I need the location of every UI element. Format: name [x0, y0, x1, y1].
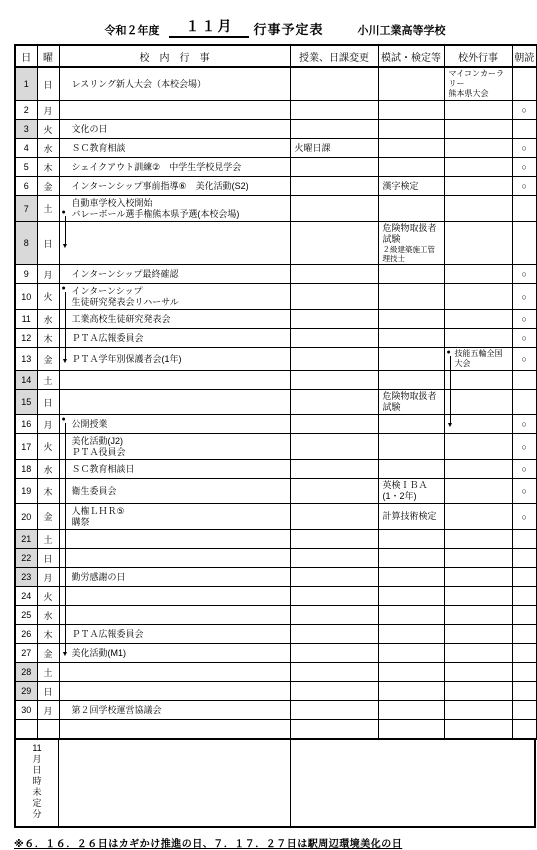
class-change-cell — [290, 460, 378, 479]
school-events-cell — [59, 549, 290, 568]
outside-events-text — [445, 318, 512, 320]
school-events-text: 工業高校生徒研究発表会 — [60, 313, 290, 326]
undecided-right-area — [291, 740, 534, 826]
title-month: １１月 — [169, 16, 249, 38]
exam-text — [379, 273, 444, 275]
day-number: 13 — [15, 348, 37, 371]
class-change-cell — [290, 222, 378, 265]
exam-text — [379, 690, 444, 692]
weekday: 木 — [37, 329, 59, 348]
exam-cell — [378, 701, 444, 720]
exam-text — [379, 468, 444, 470]
day-row-22: 22 日 — [15, 549, 537, 568]
exam-text: 英検ＩＢＡ(1・2年) — [379, 479, 444, 503]
morning-reading-cell — [512, 587, 537, 606]
weekday: 月 — [37, 415, 59, 434]
school-events-text — [60, 671, 290, 673]
outside-events-cell — [444, 265, 512, 284]
day-number: 23 — [15, 568, 37, 587]
outside-events-cell — [444, 701, 512, 720]
class-change-text — [291, 557, 378, 559]
exam-text — [379, 709, 444, 711]
class-change-cell — [290, 348, 378, 371]
outside-events-text — [445, 337, 512, 339]
school-events-text — [60, 401, 290, 403]
morning-reading-cell: ○ — [512, 504, 537, 530]
morning-reading-cell — [512, 701, 537, 720]
class-change-text — [291, 337, 378, 339]
weekday: 木 — [37, 158, 59, 177]
class-change-cell — [290, 644, 378, 663]
exam-text — [379, 128, 444, 130]
exam-text — [379, 576, 444, 578]
exam-text — [379, 83, 444, 85]
event-span-marker: ● — [62, 415, 71, 433]
outside-events-cell — [444, 479, 512, 504]
exam-cell — [378, 625, 444, 644]
exam-cell — [378, 530, 444, 549]
outside-events-cell — [444, 139, 512, 158]
exam-text — [379, 208, 444, 210]
morning-reading-cell — [512, 644, 537, 663]
class-change-text — [291, 273, 378, 275]
school-events-cell: 美化活動(J2)ＰＴＡ役員会 — [59, 434, 290, 460]
class-change-cell — [290, 390, 378, 415]
title-doc: 行事予定表 — [253, 19, 323, 38]
class-change-cell — [290, 663, 378, 682]
exam-text — [379, 358, 444, 360]
day-number: 4 — [15, 139, 37, 158]
class-change-cell — [290, 196, 378, 222]
header-exams: 模試・検定等 — [378, 45, 444, 67]
day-number: 18 — [15, 460, 37, 479]
outside-events-text — [445, 709, 512, 711]
school-events-cell: ＳＣ教育相談日 — [59, 460, 290, 479]
weekday: 木 — [37, 625, 59, 644]
day-number: 3 — [15, 120, 37, 139]
day-number: 26 — [15, 625, 37, 644]
event-span-marker: ▼ — [62, 644, 71, 662]
day-number: 17 — [15, 434, 37, 460]
exam-cell — [378, 265, 444, 284]
class-change-text — [291, 671, 378, 673]
class-change-text — [291, 595, 378, 597]
school-events-cell: ●自動車学校入校開始バレーボール選手権熊本県予選(本校会場) — [59, 196, 290, 222]
weekday: 木 — [37, 479, 59, 504]
day-number: 14 — [15, 371, 37, 390]
morning-reading-cell: ○ — [512, 415, 537, 434]
day-row-7: 7 土 ●自動車学校入校開始バレーボール選手権熊本県予選(本校会場) — [15, 196, 537, 222]
outside-events-text — [445, 208, 512, 210]
school-events-cell: ▼ＰＴＡ学年別保護者会(1年) — [59, 348, 290, 371]
class-change-text — [291, 576, 378, 578]
event-span-marker: ▼ — [62, 222, 71, 264]
exam-cell — [378, 682, 444, 701]
day-number: 20 — [15, 504, 37, 530]
event-span-marker — [62, 310, 71, 328]
day-number: 12 — [15, 329, 37, 348]
exam-cell: 漢字検定 — [378, 177, 444, 196]
outside-events-cell: マイコンカーラリー熊本県大会 — [444, 67, 512, 101]
exam-text: 危険物取扱者試験２級建築施工管理技士 — [379, 222, 444, 264]
weekday: 月 — [37, 265, 59, 284]
school-events-text — [60, 538, 290, 540]
class-change-cell — [290, 549, 378, 568]
exam-cell — [378, 644, 444, 663]
day-row-10: 10 火 ●インターンシップ生徒研究発表会リハーサル ○ — [15, 284, 537, 310]
day-row-3: 3 火 文化の日 — [15, 120, 537, 139]
outside-events-text — [445, 671, 512, 673]
outside-events-text — [445, 538, 512, 540]
exam-cell — [378, 310, 444, 329]
outside-events-text — [445, 468, 512, 470]
morning-reading-cell: ○ — [512, 265, 537, 284]
weekday: 金 — [37, 644, 59, 663]
outside-events-text — [445, 576, 512, 578]
header-school-events: 校 内 行 事 — [59, 45, 290, 67]
weekday: 水 — [37, 460, 59, 479]
class-change-text — [291, 128, 378, 130]
class-change-cell — [290, 310, 378, 329]
day-row-4: 4 水 ＳＣ教育相談 火曜日課 ○ — [15, 139, 537, 158]
day-row-23: 23 月 勤労感謝の日 — [15, 568, 537, 587]
exam-text — [379, 337, 444, 339]
class-change-cell — [290, 568, 378, 587]
morning-reading-cell — [512, 390, 537, 415]
exam-text — [379, 296, 444, 298]
exam-cell: 計算技術検定 — [378, 504, 444, 530]
outside-events-cell — [444, 587, 512, 606]
exam-cell — [378, 196, 444, 222]
day-number: 5 — [15, 158, 37, 177]
class-change-cell — [290, 479, 378, 504]
school-events-text: インターンシップ生徒研究発表会リハーサル — [60, 285, 290, 309]
day-number: 24 — [15, 587, 37, 606]
school-events-text — [60, 595, 290, 597]
weekday: 日 — [37, 549, 59, 568]
school-events-text: ＰＴＡ学年別保護者会(1年) — [60, 353, 290, 366]
day-row-21: 21 土 — [15, 530, 537, 549]
morning-reading-cell: ○ — [512, 177, 537, 196]
header-weekday: 曜 — [37, 45, 59, 67]
day-number: 21 — [15, 530, 37, 549]
weekday: 土 — [37, 196, 59, 222]
morning-reading-cell: ○ — [512, 434, 537, 460]
day-row-24: 24 火 — [15, 587, 537, 606]
school-events-cell: 工業高校生徒研究発表会 — [59, 310, 290, 329]
outside-events-cell — [444, 568, 512, 587]
outside-events-cell — [444, 329, 512, 348]
school-events-cell: ＳＣ教育相談 — [59, 139, 290, 158]
event-span-marker — [62, 460, 71, 478]
header-class-changes: 授業、日課変更 — [290, 45, 378, 67]
day-row-16: 16 月 ●公開授業 ▼ ○ — [15, 415, 537, 434]
school-events-text: 文化の日 — [60, 123, 290, 136]
class-change-text — [291, 516, 378, 518]
exam-text — [379, 652, 444, 654]
exam-text — [379, 109, 444, 111]
day-row-30: 30 月 第２回学校運営協議会 — [15, 701, 537, 720]
event-span-marker — [62, 329, 71, 347]
morning-reading-cell — [512, 530, 537, 549]
school-events-text: 美化活動(M1) — [60, 647, 290, 660]
outside-events-cell — [444, 120, 512, 139]
exam-text — [379, 671, 444, 673]
school-events-text: 自動車学校入校開始バレーボール選手権熊本県予選(本校会場) — [60, 197, 290, 221]
exam-cell — [378, 549, 444, 568]
class-change-text — [291, 446, 378, 448]
weekday: 日 — [37, 67, 59, 101]
outside-events-cell — [444, 549, 512, 568]
class-change-text — [291, 318, 378, 320]
class-change-text — [291, 652, 378, 654]
outside-span-marker: ● — [447, 348, 456, 370]
school-events-cell — [59, 663, 290, 682]
day-row-15: 15 日 危険物取扱者試験 — [15, 390, 537, 415]
exam-cell — [378, 720, 444, 740]
exam-cell: 英検ＩＢＡ(1・2年) — [378, 479, 444, 504]
outside-events-text — [445, 128, 512, 130]
class-change-cell — [290, 434, 378, 460]
exam-text — [379, 614, 444, 616]
exam-cell — [378, 663, 444, 682]
exam-text: 危険物取扱者試験 — [379, 390, 444, 414]
outside-events-text — [445, 557, 512, 559]
day-number: 22 — [15, 549, 37, 568]
morning-reading-cell — [512, 196, 537, 222]
day-number: 2 — [15, 101, 37, 120]
exam-cell — [378, 371, 444, 390]
school-events-text: ＳＣ教育相談日 — [60, 463, 290, 476]
morning-reading-cell: ○ — [512, 284, 537, 310]
exam-text — [379, 446, 444, 448]
outside-events-text — [445, 516, 512, 518]
outside-events-cell — [444, 530, 512, 549]
exam-cell — [378, 460, 444, 479]
class-change-text — [291, 185, 378, 187]
school-events-cell: レスリング新人大会（本校会場） — [59, 67, 290, 101]
school-events-text: シェイクアウト訓練② 中学生学校見学会 — [60, 161, 290, 174]
morning-reading-cell — [512, 371, 537, 390]
school-events-text — [60, 614, 290, 616]
school-events-text: 勤労感謝の日 — [60, 571, 290, 584]
day-row-2: 2 月 ○ — [15, 101, 537, 120]
class-change-text — [291, 633, 378, 635]
school-events-cell — [59, 101, 290, 120]
outside-events-text — [445, 242, 512, 244]
day-row-12: 12 木 ＰＴＡ広報委員会 ○ — [15, 329, 537, 348]
class-change-cell — [290, 682, 378, 701]
school-events-text — [60, 242, 290, 244]
class-change-cell — [290, 701, 378, 720]
outside-events-cell: ●技能五輪全国大会 — [444, 348, 512, 371]
exam-text — [379, 379, 444, 381]
class-change-text — [291, 109, 378, 111]
morning-reading-cell: ○ — [512, 310, 537, 329]
day-row-9: 9 月 インターンシップ最終確認 ○ — [15, 265, 537, 284]
school-events-cell: ▼ — [59, 222, 290, 265]
school-events-text — [60, 557, 290, 559]
weekday: 日 — [37, 222, 59, 265]
day-number: 1 — [15, 67, 37, 101]
morning-reading-cell — [512, 222, 537, 265]
day-number: 28 — [15, 663, 37, 682]
day-row-17: 17 火 美化活動(J2)ＰＴＡ役員会 ○ — [15, 434, 537, 460]
morning-reading-cell — [512, 720, 537, 740]
school-events-cell — [59, 530, 290, 549]
class-change-cell — [290, 625, 378, 644]
morning-reading-cell: ○ — [512, 460, 537, 479]
exam-text — [379, 728, 444, 730]
day-number: 25 — [15, 606, 37, 625]
outside-events-text — [445, 273, 512, 275]
day-number: 11 — [15, 310, 37, 329]
day-row-19: 19 木 衛生委員会 英検ＩＢＡ(1・2年) ○ — [15, 479, 537, 504]
weekday: 水 — [37, 606, 59, 625]
outside-events-text — [445, 614, 512, 616]
school-name: 小川工業高等学校 — [358, 22, 446, 38]
exam-cell — [378, 101, 444, 120]
class-change-cell — [290, 101, 378, 120]
exam-cell — [378, 158, 444, 177]
event-span-marker: ▼ — [62, 348, 71, 370]
morning-reading-cell: ○ — [512, 348, 537, 371]
outside-events-cell — [444, 504, 512, 530]
day-row-6: 6 金 インターンシップ事前指導⑥ 美化活動(S2) 漢字検定 ○ — [15, 177, 537, 196]
exam-cell — [378, 415, 444, 434]
weekday: 金 — [37, 348, 59, 371]
outside-events-text — [445, 690, 512, 692]
weekday — [37, 720, 59, 740]
outside-events-cell — [444, 196, 512, 222]
day-number: 30 — [15, 701, 37, 720]
class-change-cell — [290, 504, 378, 530]
morning-reading-cell: ○ — [512, 139, 537, 158]
school-events-cell — [59, 682, 290, 701]
outside-events-text — [445, 595, 512, 597]
day-row-18: 18 水 ＳＣ教育相談日 ○ — [15, 460, 537, 479]
day-number: 7 — [15, 196, 37, 222]
exam-text — [379, 538, 444, 540]
exam-cell — [378, 587, 444, 606]
exam-cell — [378, 434, 444, 460]
outside-events-text — [445, 147, 512, 149]
class-change-cell — [290, 371, 378, 390]
day-number: 19 — [15, 479, 37, 504]
event-span-marker — [62, 625, 71, 643]
class-change-text — [291, 423, 378, 425]
school-events-cell: 文化の日 — [59, 120, 290, 139]
weekday: 日 — [37, 390, 59, 415]
day-row-1: 1 日 レスリング新人大会（本校会場） マイコンカーラリー熊本県大会 — [15, 67, 537, 101]
morning-reading-cell — [512, 568, 537, 587]
school-events-text: 公開授業 — [60, 418, 290, 431]
weekday: 火 — [37, 120, 59, 139]
class-change-cell — [290, 265, 378, 284]
school-events-text: インターンシップ事前指導⑥ 美化活動(S2) — [60, 180, 290, 193]
header-day: 日 — [15, 45, 37, 67]
school-events-cell — [59, 371, 290, 390]
day-row-13: 13 金 ▼ＰＴＡ学年別保護者会(1年) ●技能五輪全国大会 ○ — [15, 348, 537, 371]
outside-events-cell — [444, 371, 512, 390]
school-events-cell: ●インターンシップ生徒研究発表会リハーサル — [59, 284, 290, 310]
school-events-text: ＰＴＡ広報委員会 — [60, 628, 290, 641]
footnote: ※６．１６．２６日はカギかけ推進の日、７．１７．２７日は駅周辺環境美化の日 — [14, 835, 537, 850]
morning-reading-cell — [512, 606, 537, 625]
morning-reading-cell: ○ — [512, 479, 537, 504]
school-events-cell: ▼美化活動(M1) — [59, 644, 290, 663]
outside-events-text — [445, 652, 512, 654]
outside-events-cell — [444, 158, 512, 177]
day-number: 29 — [15, 682, 37, 701]
event-span-marker — [62, 549, 71, 567]
outside-events-text — [445, 633, 512, 635]
exam-cell — [378, 67, 444, 101]
event-span-marker — [62, 606, 71, 624]
school-events-text: インターンシップ最終確認 — [60, 268, 290, 281]
class-change-text — [291, 468, 378, 470]
exam-cell — [378, 348, 444, 371]
weekday: 月 — [37, 701, 59, 720]
outside-events-cell — [444, 682, 512, 701]
class-change-text — [291, 296, 378, 298]
event-span-marker — [62, 568, 71, 586]
day-row-8: 8 日 ▼ 危険物取扱者試験２級建築施工管理技士 — [15, 222, 537, 265]
outside-events-text — [445, 728, 512, 730]
outside-span-marker: ▼ — [447, 415, 456, 433]
class-change-cell — [290, 720, 378, 740]
outside-events-cell — [444, 390, 512, 415]
school-events-text — [60, 109, 290, 111]
school-events-cell: ＰＴＡ広報委員会 — [59, 329, 290, 348]
class-change-cell — [290, 530, 378, 549]
outside-events-cell — [444, 625, 512, 644]
school-events-text — [60, 379, 290, 381]
exam-cell — [378, 606, 444, 625]
outside-events-text — [445, 490, 512, 492]
school-events-cell: シェイクアウト訓練② 中学生学校見学会 — [59, 158, 290, 177]
school-events-cell — [59, 720, 290, 740]
morning-reading-cell — [512, 625, 537, 644]
school-events-text: 人権ＬＨＲ⑤購祭 — [60, 505, 290, 529]
day-row-26: 26 木 ＰＴＡ広報委員会 — [15, 625, 537, 644]
day-row-28: 28 土 — [15, 663, 537, 682]
exam-text — [379, 633, 444, 635]
undecided-section: 11月日時未定分 — [14, 738, 536, 828]
outside-span-marker — [447, 371, 456, 389]
school-events-cell: 勤労感謝の日 — [59, 568, 290, 587]
school-events-text: レスリング新人大会（本校会場） — [60, 78, 290, 91]
event-span-marker: ● — [62, 284, 71, 309]
day-number: 8 — [15, 222, 37, 265]
class-change-cell — [290, 284, 378, 310]
event-span-marker: ● — [62, 196, 71, 221]
school-events-text: ＰＴＡ広報委員会 — [60, 332, 290, 345]
day-number: 9 — [15, 265, 37, 284]
class-change-text — [291, 166, 378, 168]
outside-events-cell — [444, 310, 512, 329]
school-events-cell: 人権ＬＨＲ⑤購祭 — [59, 504, 290, 530]
event-span-marker — [62, 434, 71, 459]
day-number: 10 — [15, 284, 37, 310]
school-events-text: 第２回学校運営協議会 — [60, 704, 290, 717]
morning-reading-cell — [512, 120, 537, 139]
event-span-marker — [62, 479, 71, 503]
outside-events-cell — [444, 101, 512, 120]
outside-events-text — [445, 446, 512, 448]
class-change-text — [291, 208, 378, 210]
weekday: 火 — [37, 434, 59, 460]
